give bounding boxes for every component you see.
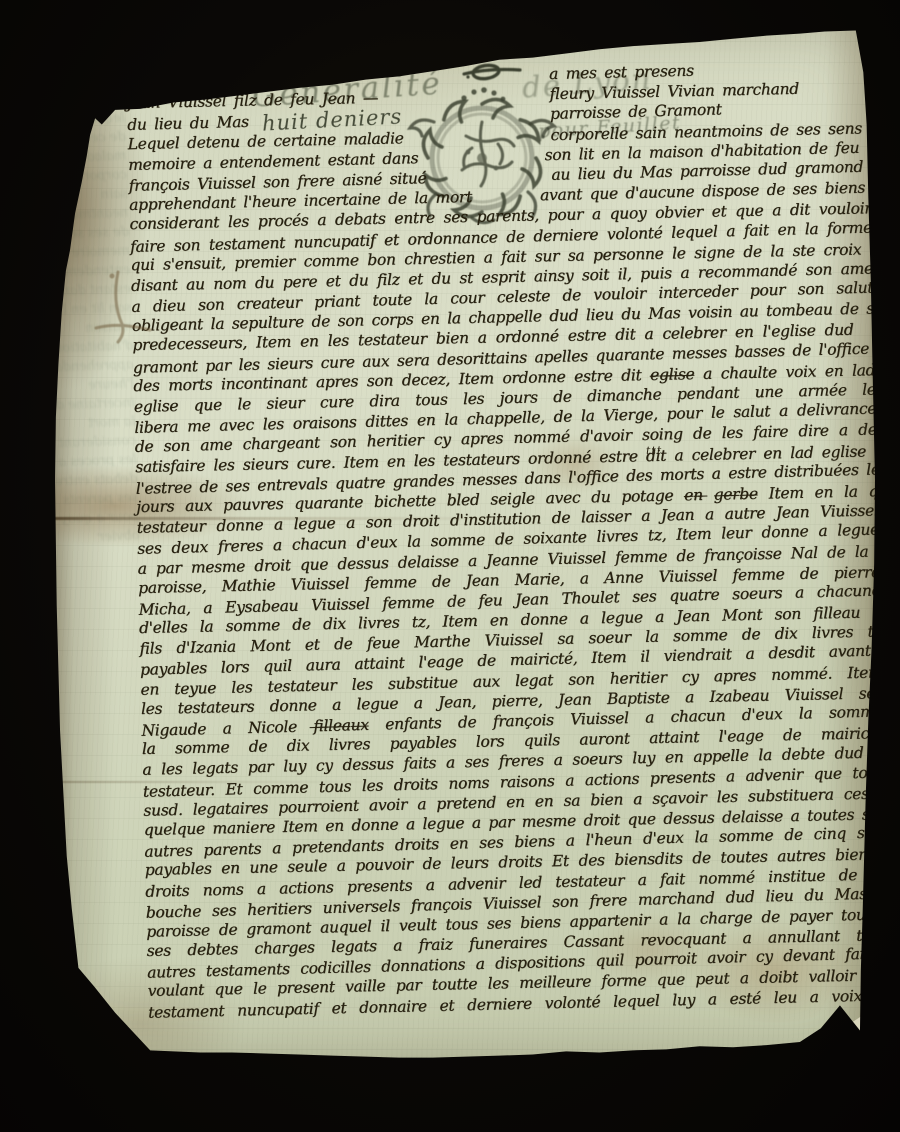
dog-ear-fold [792, 1003, 867, 1059]
manuscript-page: lequel detenu de certaine maladie corpor… [40, 20, 875, 1065]
photo-frame: lequel detenu de certaine maladie corpor… [0, 0, 900, 1132]
handwriting-body: Au Nom de dieua mes est presensJean Viui… [126, 57, 890, 1023]
superscript-ttt: ttt [646, 444, 663, 458]
handwriting-line-left: Au Nom de dieu [126, 71, 258, 94]
handwriting-line-right: parroisse de Gramont [550, 100, 722, 125]
margin-paraph: ε. [83, 70, 111, 105]
faded-cross-mark-icon [88, 266, 158, 356]
photo-background: { "scene": { "description_colors": { "ba… [0, 0, 900, 1132]
